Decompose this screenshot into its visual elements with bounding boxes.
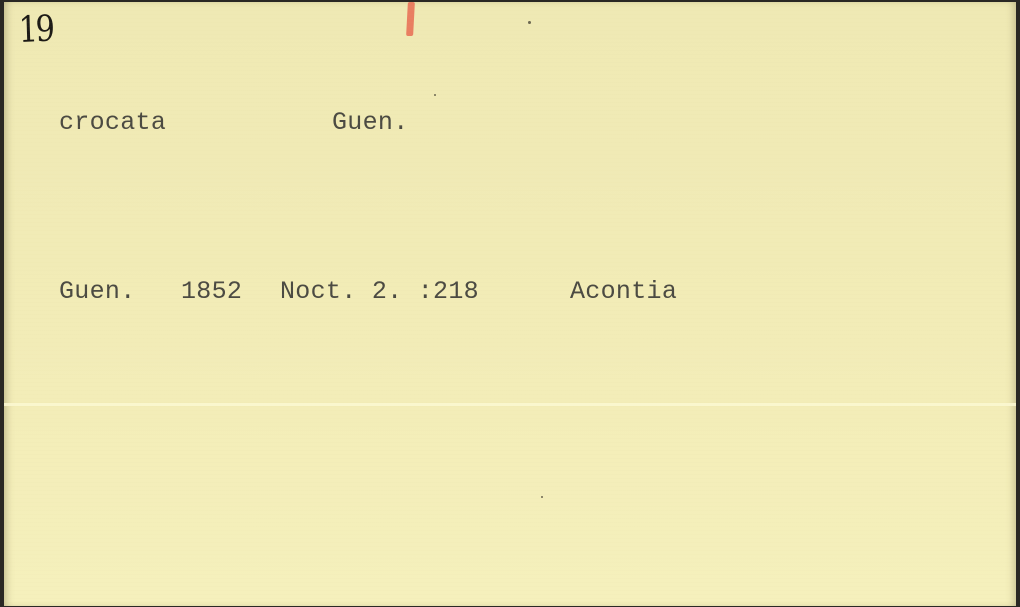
red-tab-marker — [406, 2, 415, 36]
paper-speck — [541, 496, 543, 498]
fold-line — [4, 403, 1016, 406]
reference-year: 1852 — [181, 277, 242, 306]
paper-speck — [434, 94, 436, 96]
reference-genus: Acontia — [570, 277, 677, 306]
species-author: Guen. — [332, 108, 409, 137]
reference-author: Guen. — [59, 277, 136, 306]
reference-citation: Noct. 2. :218 — [280, 277, 479, 306]
card-number: 19 — [18, 9, 53, 51]
index-card: 19 crocata Guen. Guen. 1852 Noct. 2. :21… — [4, 2, 1016, 606]
paper-speck — [528, 21, 531, 24]
species-name: crocata — [59, 108, 166, 137]
